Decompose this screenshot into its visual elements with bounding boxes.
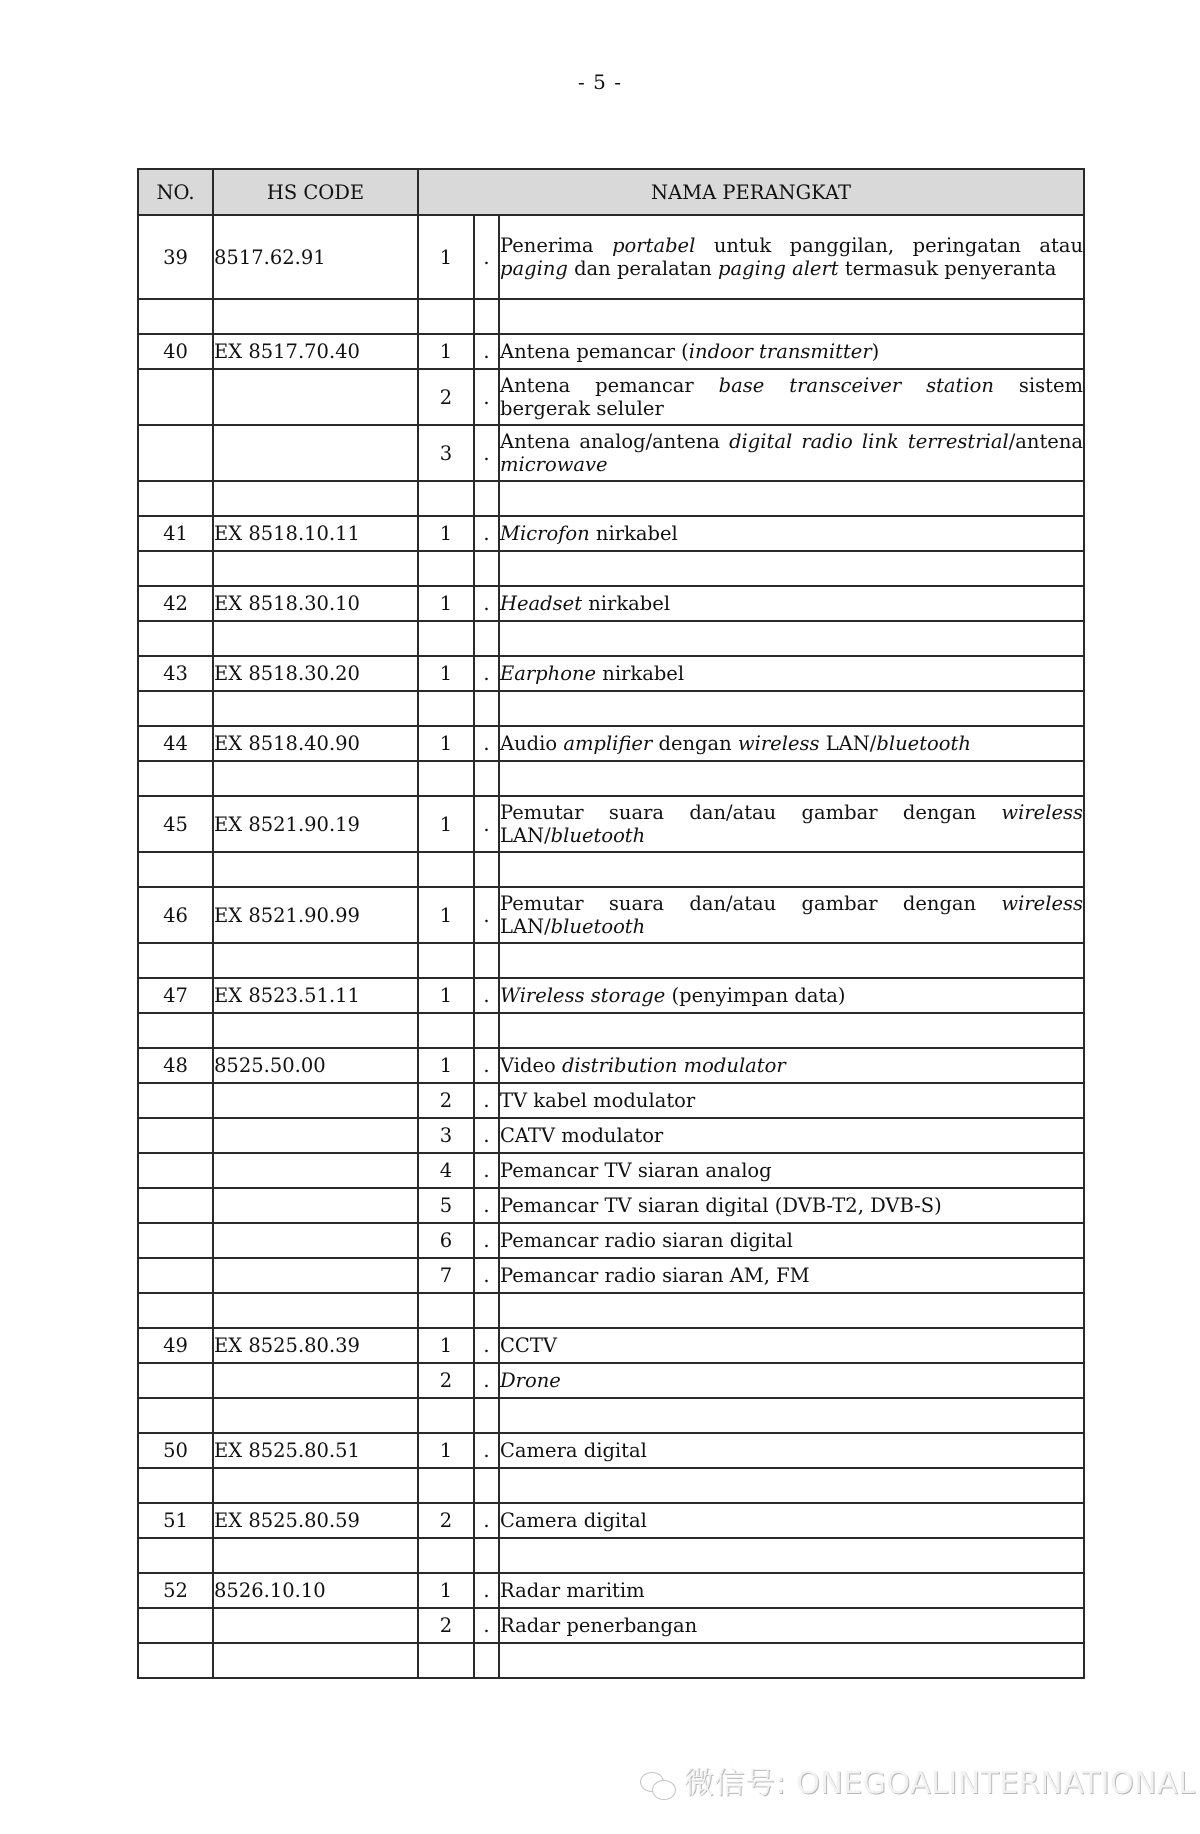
item-dot-cell: [474, 1468, 499, 1503]
no-cell: 45: [138, 796, 213, 852]
device-name-cell: [499, 691, 1084, 726]
table-row: 4.Pemancar TV siaran analog: [138, 1153, 1084, 1188]
table-row: 49EX 8525.80.391.CCTV: [138, 1328, 1084, 1363]
device-name-cell: [499, 299, 1084, 334]
no-cell: 46: [138, 887, 213, 943]
device-name-cell: Headset nirkabel: [499, 586, 1084, 621]
hs-code-cell: [213, 621, 418, 656]
hs-code-cell: [213, 1188, 418, 1223]
item-dot-cell: [474, 621, 499, 656]
item-number-cell: [418, 691, 474, 726]
no-cell: [138, 1468, 213, 1503]
no-cell: [138, 1608, 213, 1643]
spacer-row: [138, 299, 1084, 334]
hs-code-cell: EX 8521.90.99: [213, 887, 418, 943]
device-name-cell: Radar maritim: [499, 1573, 1084, 1608]
item-number-cell: 3: [418, 425, 474, 481]
item-dot-cell: .: [474, 1258, 499, 1293]
no-cell: 49: [138, 1328, 213, 1363]
hs-code-cell: [213, 1608, 418, 1643]
item-number-cell: 1: [418, 516, 474, 551]
item-dot-cell: .: [474, 369, 499, 425]
no-cell: [138, 1013, 213, 1048]
item-number-cell: 1: [418, 887, 474, 943]
item-dot-cell: .: [474, 978, 499, 1013]
header-hs-code: HS CODE: [213, 169, 418, 215]
device-name-cell: [499, 1468, 1084, 1503]
item-number-cell: [418, 852, 474, 887]
no-cell: [138, 1188, 213, 1223]
spacer-row: [138, 1293, 1084, 1328]
item-dot-cell: [474, 852, 499, 887]
device-name-cell: Antena pemancar (indoor transmitter): [499, 334, 1084, 369]
hs-code-cell: [213, 1013, 418, 1048]
device-name-cell: Drone: [499, 1363, 1084, 1398]
item-number-cell: [418, 761, 474, 796]
hs-code-cell: 8517.62.91: [213, 215, 418, 299]
no-cell: [138, 1258, 213, 1293]
device-name-cell: [499, 852, 1084, 887]
hs-code-cell: [213, 1363, 418, 1398]
spacer-row: [138, 1643, 1084, 1678]
spacer-row: [138, 761, 1084, 796]
item-number-cell: 6: [418, 1223, 474, 1258]
item-dot-cell: .: [474, 1083, 499, 1118]
hs-code-cell: [213, 551, 418, 586]
watermark-text: 微信号: ONEGOALINTERNATIONAL: [684, 1766, 1195, 1801]
hs-code-cell: [213, 1118, 418, 1153]
hs-code-cell: [213, 1468, 418, 1503]
device-name-cell: Pemancar radio siaran AM, FM: [499, 1258, 1084, 1293]
table-row: 47EX 8523.51.111.Wireless storage (penyi…: [138, 978, 1084, 1013]
item-number-cell: 1: [418, 334, 474, 369]
hs-code-cell: [213, 1398, 418, 1433]
item-dot-cell: .: [474, 334, 499, 369]
table-row: 2.Antena pemancar base transceiver stati…: [138, 369, 1084, 425]
item-dot-cell: [474, 481, 499, 516]
item-dot-cell: [474, 1293, 499, 1328]
table-row: 41EX 8518.10.111.Microfon nirkabel: [138, 516, 1084, 551]
no-cell: [138, 1643, 213, 1678]
device-name-cell: Wireless storage (penyimpan data): [499, 978, 1084, 1013]
item-dot-cell: .: [474, 1363, 499, 1398]
hs-code-cell: 8526.10.10: [213, 1573, 418, 1608]
item-dot-cell: [474, 1013, 499, 1048]
hs-code-table: NO. HS CODE NAMA PERANGKAT 398517.62.911…: [137, 168, 1085, 1679]
no-cell: 50: [138, 1433, 213, 1468]
device-name-cell: Pemancar TV siaran analog: [499, 1153, 1084, 1188]
hs-code-cell: [213, 1223, 418, 1258]
no-cell: [138, 369, 213, 425]
device-name-cell: Pemutar suara dan/atau gambar dengan wir…: [499, 887, 1084, 943]
item-number-cell: [418, 621, 474, 656]
spacer-row: [138, 1468, 1084, 1503]
hs-code-cell: EX 8525.80.39: [213, 1328, 418, 1363]
table-row: 45EX 8521.90.191.Pemutar suara dan/atau …: [138, 796, 1084, 852]
device-name-cell: Radar penerbangan: [499, 1608, 1084, 1643]
item-dot-cell: [474, 551, 499, 586]
device-name-cell: Microfon nirkabel: [499, 516, 1084, 551]
item-number-cell: 1: [418, 586, 474, 621]
device-name-cell: Antena analog/antena digital radio link …: [499, 425, 1084, 481]
no-cell: 44: [138, 726, 213, 761]
no-cell: 43: [138, 656, 213, 691]
item-number-cell: [418, 1013, 474, 1048]
item-number-cell: 1: [418, 1573, 474, 1608]
hs-code-cell: EX 8518.30.20: [213, 656, 418, 691]
item-number-cell: [418, 1293, 474, 1328]
item-number-cell: [418, 481, 474, 516]
item-dot-cell: .: [474, 796, 499, 852]
spacer-row: [138, 691, 1084, 726]
no-cell: [138, 1118, 213, 1153]
hs-code-cell: [213, 1153, 418, 1188]
item-dot-cell: .: [474, 887, 499, 943]
item-number-cell: 1: [418, 978, 474, 1013]
header-no: NO.: [138, 169, 213, 215]
no-cell: [138, 1293, 213, 1328]
no-cell: 41: [138, 516, 213, 551]
item-dot-cell: .: [474, 215, 499, 299]
item-dot-cell: .: [474, 1503, 499, 1538]
hs-code-cell: EX 8518.10.11: [213, 516, 418, 551]
table-row: 488525.50.001.Video distribution modulat…: [138, 1048, 1084, 1083]
device-name-cell: [499, 1538, 1084, 1573]
item-dot-cell: [474, 761, 499, 796]
spacer-row: [138, 551, 1084, 586]
item-number-cell: [418, 299, 474, 334]
no-cell: [138, 1223, 213, 1258]
no-cell: 52: [138, 1573, 213, 1608]
device-name-cell: [499, 1643, 1084, 1678]
hs-code-cell: [213, 425, 418, 481]
device-name-cell: Video distribution modulator: [499, 1048, 1084, 1083]
item-dot-cell: .: [474, 656, 499, 691]
no-cell: [138, 425, 213, 481]
device-name-cell: Pemancar TV siaran digital (DVB-T2, DVB-…: [499, 1188, 1084, 1223]
hs-code-cell: EX 8525.80.59: [213, 1503, 418, 1538]
no-cell: [138, 1363, 213, 1398]
device-name-cell: Antena pemancar base transceiver station…: [499, 369, 1084, 425]
hs-code-cell: EX 8523.51.11: [213, 978, 418, 1013]
item-number-cell: 1: [418, 1328, 474, 1363]
device-name-cell: [499, 551, 1084, 586]
item-dot-cell: .: [474, 1048, 499, 1083]
item-dot-cell: [474, 691, 499, 726]
item-number-cell: 4: [418, 1153, 474, 1188]
item-dot-cell: .: [474, 1608, 499, 1643]
device-name-cell: Penerima portabel untuk panggilan, perin…: [499, 215, 1084, 299]
item-number-cell: 3: [418, 1118, 474, 1153]
hs-code-cell: 8525.50.00: [213, 1048, 418, 1083]
device-name-cell: Camera digital: [499, 1433, 1084, 1468]
item-dot-cell: .: [474, 1118, 499, 1153]
device-name-cell: Camera digital: [499, 1503, 1084, 1538]
header-nama-perangkat: NAMA PERANGKAT: [418, 169, 1084, 215]
device-name-cell: Earphone nirkabel: [499, 656, 1084, 691]
hs-code-cell: [213, 1643, 418, 1678]
no-cell: 51: [138, 1503, 213, 1538]
table-row: 528526.10.101.Radar maritim: [138, 1573, 1084, 1608]
no-cell: 39: [138, 215, 213, 299]
no-cell: 42: [138, 586, 213, 621]
table-row: 44EX 8518.40.901.Audio amplifier dengan …: [138, 726, 1084, 761]
no-cell: [138, 691, 213, 726]
table-body: 398517.62.911.Penerima portabel untuk pa…: [138, 215, 1084, 1678]
no-cell: [138, 551, 213, 586]
no-cell: [138, 1153, 213, 1188]
device-name-cell: [499, 621, 1084, 656]
table-row: 2.TV kabel modulator: [138, 1083, 1084, 1118]
wechat-icon: [640, 1770, 678, 1800]
table-row: 398517.62.911.Penerima portabel untuk pa…: [138, 215, 1084, 299]
item-dot-cell: [474, 299, 499, 334]
no-cell: [138, 761, 213, 796]
item-number-cell: 2: [418, 1503, 474, 1538]
table-row: 3.CATV modulator: [138, 1118, 1084, 1153]
item-dot-cell: .: [474, 425, 499, 481]
device-name-cell: [499, 481, 1084, 516]
hs-code-cell: [213, 943, 418, 978]
hs-code-cell: [213, 761, 418, 796]
item-dot-cell: .: [474, 726, 499, 761]
item-number-cell: 1: [418, 1048, 474, 1083]
hs-code-cell: EX 8525.80.51: [213, 1433, 418, 1468]
spacer-row: [138, 621, 1084, 656]
item-number-cell: [418, 1398, 474, 1433]
no-cell: [138, 943, 213, 978]
no-cell: [138, 621, 213, 656]
table-row: 50EX 8525.80.511.Camera digital: [138, 1433, 1084, 1468]
item-dot-cell: [474, 1643, 499, 1678]
device-name-cell: CATV modulator: [499, 1118, 1084, 1153]
device-name-cell: Pemutar suara dan/atau gambar dengan wir…: [499, 796, 1084, 852]
hs-code-cell: [213, 1258, 418, 1293]
spacer-row: [138, 1538, 1084, 1573]
item-number-cell: 2: [418, 1363, 474, 1398]
hs-code-cell: EX 8521.90.19: [213, 796, 418, 852]
table-row: 42EX 8518.30.101.Headset nirkabel: [138, 586, 1084, 621]
item-dot-cell: .: [474, 1223, 499, 1258]
table-header-row: NO. HS CODE NAMA PERANGKAT: [138, 169, 1084, 215]
device-name-cell: [499, 943, 1084, 978]
item-number-cell: [418, 1643, 474, 1678]
hs-code-cell: [213, 481, 418, 516]
item-dot-cell: [474, 943, 499, 978]
device-name-cell: [499, 1013, 1084, 1048]
hs-code-cell: EX 8517.70.40: [213, 334, 418, 369]
table-row: 3.Antena analog/antena digital radio lin…: [138, 425, 1084, 481]
hs-code-cell: [213, 1293, 418, 1328]
device-name-cell: [499, 761, 1084, 796]
no-cell: [138, 299, 213, 334]
hs-code-cell: [213, 852, 418, 887]
device-name-cell: CCTV: [499, 1328, 1084, 1363]
item-dot-cell: .: [474, 1328, 499, 1363]
item-dot-cell: .: [474, 586, 499, 621]
no-cell: [138, 1398, 213, 1433]
no-cell: 47: [138, 978, 213, 1013]
item-number-cell: 7: [418, 1258, 474, 1293]
item-number-cell: 2: [418, 1083, 474, 1118]
hs-code-cell: [213, 691, 418, 726]
page-number: - 5 -: [0, 70, 1200, 94]
table-row: 51EX 8525.80.592.Camera digital: [138, 1503, 1084, 1538]
table-row: 7.Pemancar radio siaran AM, FM: [138, 1258, 1084, 1293]
table-row: 43EX 8518.30.201.Earphone nirkabel: [138, 656, 1084, 691]
spacer-row: [138, 852, 1084, 887]
item-dot-cell: .: [474, 1153, 499, 1188]
spacer-row: [138, 1013, 1084, 1048]
no-cell: [138, 852, 213, 887]
item-number-cell: 1: [418, 796, 474, 852]
device-name-cell: Pemancar radio siaran digital: [499, 1223, 1084, 1258]
no-cell: [138, 1083, 213, 1118]
no-cell: [138, 1538, 213, 1573]
item-number-cell: [418, 943, 474, 978]
item-dot-cell: [474, 1398, 499, 1433]
spacer-row: [138, 481, 1084, 516]
item-number-cell: 2: [418, 369, 474, 425]
device-name-cell: [499, 1293, 1084, 1328]
table-row: 5.Pemancar TV siaran digital (DVB-T2, DV…: [138, 1188, 1084, 1223]
watermark: 微信号: ONEGOALINTERNATIONAL: [640, 1758, 1195, 1802]
no-cell: [138, 481, 213, 516]
device-name-cell: Audio amplifier dengan wireless LAN/blue…: [499, 726, 1084, 761]
item-dot-cell: .: [474, 1573, 499, 1608]
table-row: 2.Drone: [138, 1363, 1084, 1398]
item-number-cell: [418, 1538, 474, 1573]
item-number-cell: [418, 1468, 474, 1503]
hs-code-cell: EX 8518.40.90: [213, 726, 418, 761]
device-name-cell: [499, 1398, 1084, 1433]
table-row: 40EX 8517.70.401.Antena pemancar (indoor…: [138, 334, 1084, 369]
item-number-cell: 2: [418, 1608, 474, 1643]
table-row: 2.Radar penerbangan: [138, 1608, 1084, 1643]
item-number-cell: [418, 551, 474, 586]
hs-code-cell: [213, 369, 418, 425]
item-number-cell: 1: [418, 1433, 474, 1468]
device-name-cell: TV kabel modulator: [499, 1083, 1084, 1118]
item-dot-cell: [474, 1538, 499, 1573]
item-dot-cell: .: [474, 1188, 499, 1223]
no-cell: 48: [138, 1048, 213, 1083]
hs-code-cell: [213, 1538, 418, 1573]
hs-code-cell: [213, 299, 418, 334]
table-row: 46EX 8521.90.991.Pemutar suara dan/atau …: [138, 887, 1084, 943]
item-dot-cell: .: [474, 516, 499, 551]
item-number-cell: 1: [418, 656, 474, 691]
hs-code-cell: EX 8518.30.10: [213, 586, 418, 621]
no-cell: 40: [138, 334, 213, 369]
item-number-cell: 1: [418, 726, 474, 761]
spacer-row: [138, 943, 1084, 978]
item-number-cell: 5: [418, 1188, 474, 1223]
table-row: 6.Pemancar radio siaran digital: [138, 1223, 1084, 1258]
item-dot-cell: .: [474, 1433, 499, 1468]
item-number-cell: 1: [418, 215, 474, 299]
spacer-row: [138, 1398, 1084, 1433]
hs-code-cell: [213, 1083, 418, 1118]
